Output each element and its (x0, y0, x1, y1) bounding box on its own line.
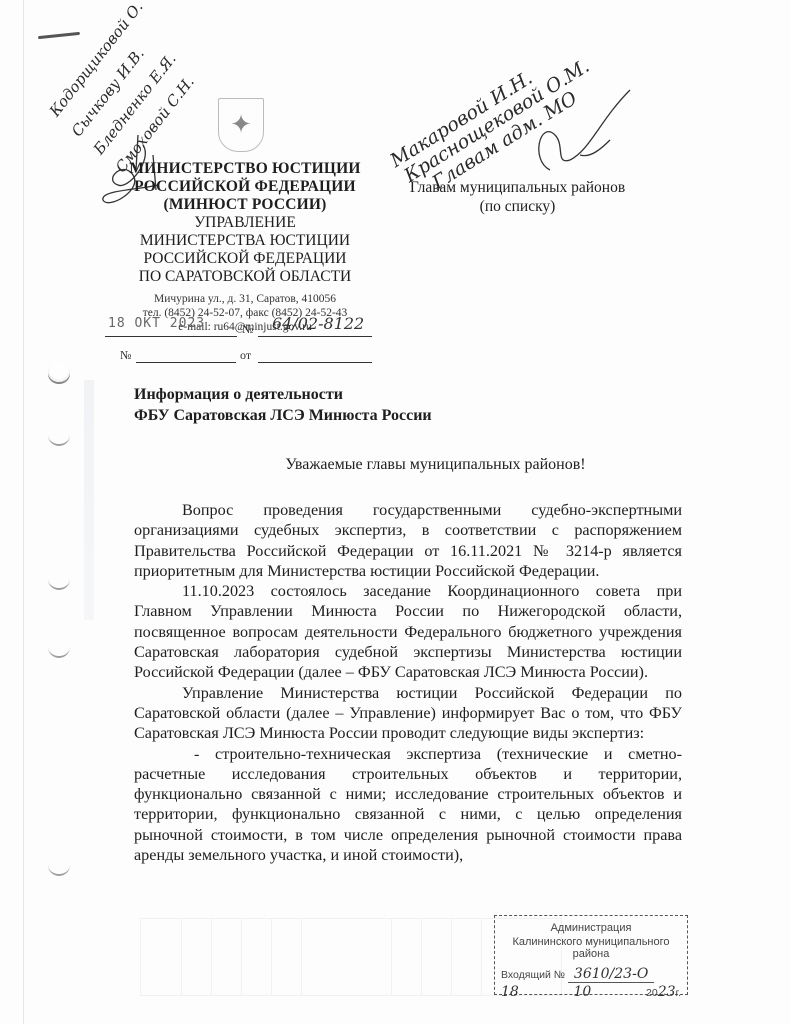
letter-subject: Информация о деятельности ФБУ Саратовска… (134, 384, 432, 426)
stamp-year-unit: г. (676, 987, 681, 999)
ref-number-underline (136, 362, 236, 363)
punch-hole-icon (48, 362, 70, 382)
stamp-year-prefix: 20 (646, 987, 658, 999)
salutation: Уважаемые главы муниципальных районов! (0, 456, 791, 474)
stamp-year-suffix: 23 (658, 984, 676, 1000)
scan-margin-line (23, 0, 24, 1024)
ref-from-label: от (240, 348, 251, 363)
recipient-block: Главам муниципальных районов (по списку) (400, 178, 635, 216)
department-name: МИНИСТЕРСТВА ЮСТИЦИИ (110, 232, 380, 250)
department-name: РОССИЙСКОЙ ФЕДЕРАЦИИ (110, 250, 380, 268)
recipient-line: Главам муниципальных районов (400, 178, 635, 197)
ministry-name: РОССИЙСКОЙ ФЕДЕРАЦИИ (110, 178, 380, 196)
ministry-short-name: (МИНЮСТ РОССИИ) (110, 196, 380, 214)
recipient-line: (по списку) (400, 197, 635, 216)
ref-number-label: № (120, 348, 131, 363)
punch-hole-icon (48, 430, 70, 446)
signature-icon (520, 80, 660, 180)
stamp-org-district: Калининского муниципального района (495, 936, 687, 960)
stamp-month: 10 (574, 984, 592, 1000)
punch-hole-icon (48, 574, 70, 590)
pen-stroke (38, 32, 80, 39)
subject-line: Информация о деятельности (134, 384, 432, 405)
bleed-through-column (84, 380, 94, 620)
punch-hole-icon (48, 860, 70, 876)
body-paragraph: Управление Министерства юстиции Российск… (134, 683, 682, 744)
sender-letterhead: МИНИСТЕРСТВО ЮСТИЦИИ РОССИЙСКОЙ ФЕДЕРАЦИ… (110, 160, 380, 334)
department-name: УПРАВЛЕНИЕ (110, 214, 380, 232)
department-name: ПО САРАТОВСКОЙ ОБЛАСТИ (110, 268, 380, 286)
subject-line: ФБУ Саратовская ЛСЭ Минюста России (134, 405, 432, 426)
body-paragraph: Вопрос проведения государственными судеб… (134, 500, 682, 581)
ref-date-underline (258, 362, 372, 363)
ministry-name: МИНИСТЕРСТВО ЮСТИЦИИ (110, 160, 380, 178)
letter-body: Вопрос проведения государственными судеб… (134, 500, 682, 865)
registration-number: 64/02-8122 (272, 314, 364, 333)
number-label: № (242, 322, 253, 337)
stamp-org: Администрация (495, 922, 687, 934)
stamp-day: 18 (501, 984, 519, 1000)
registration-date: 18 ОКТ 2023 (108, 316, 205, 331)
body-list-item: - строительно-техническая экспертиза (те… (134, 744, 682, 866)
number-underline (258, 336, 372, 337)
sender-address: Мичурина ул., д. 31, Саратов, 410056 (110, 292, 380, 306)
stamp-incoming-label: Входящий № (501, 969, 565, 981)
stamp-incoming-number: 3610/23-О (568, 966, 654, 983)
body-paragraph: 11.10.2023 состоялось заседание Координа… (134, 581, 682, 682)
coat-of-arms-icon: ✦ (218, 98, 264, 152)
incoming-registration-stamp: Администрация Калининского муниципальног… (494, 915, 688, 995)
punch-hole-icon (48, 642, 70, 658)
date-underline (105, 336, 237, 337)
